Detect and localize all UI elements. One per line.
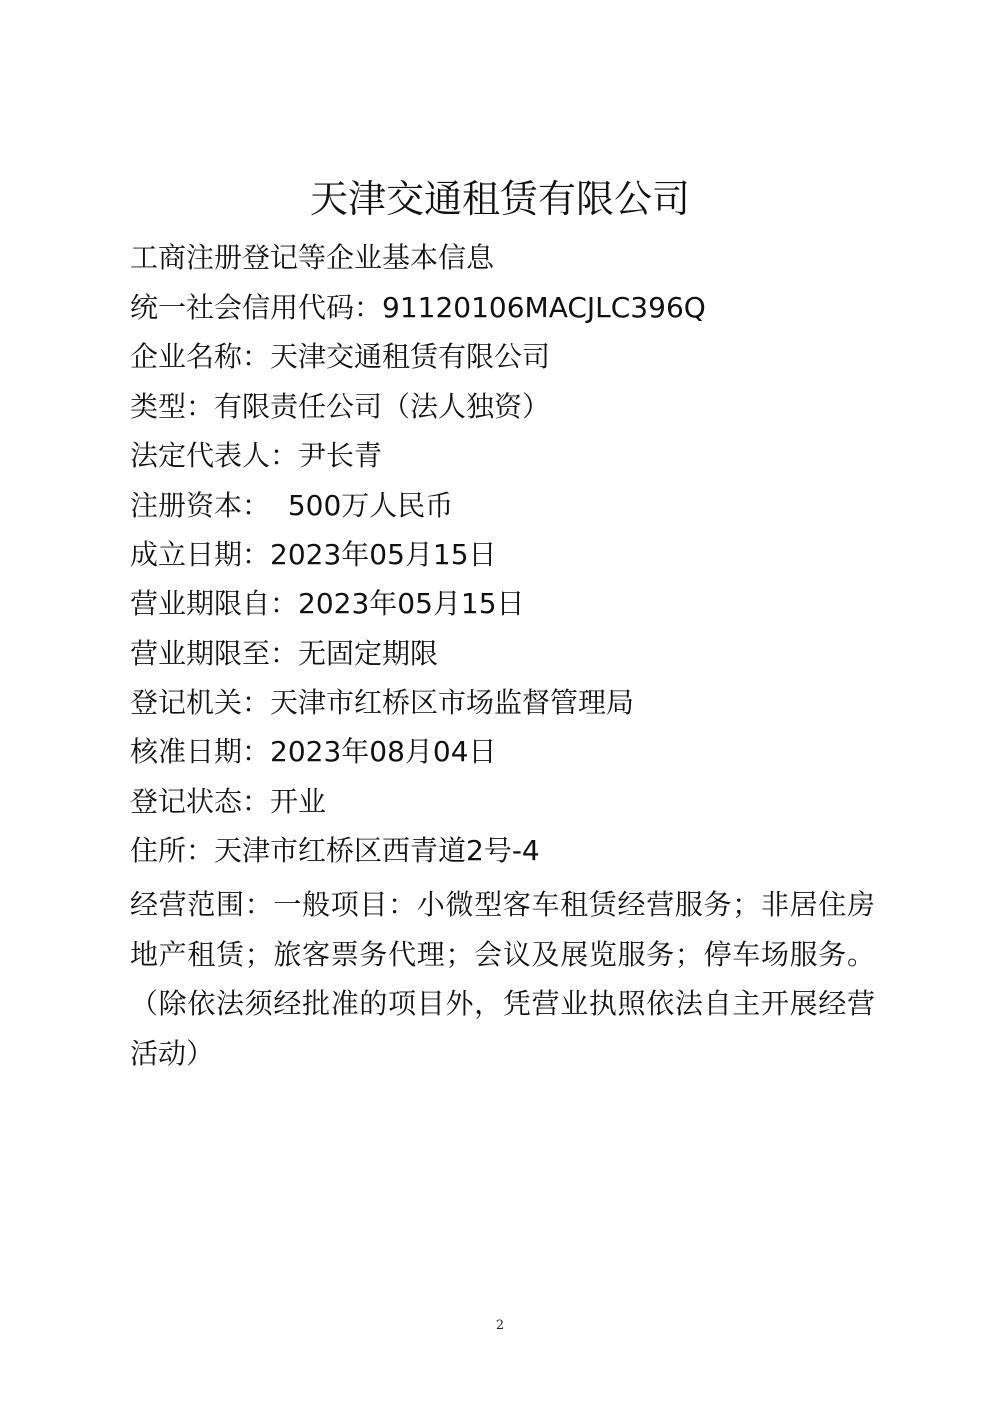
field-label: 企业名称： <box>130 340 270 373</box>
field-term-from: 营业期限自：2023年05月15日 <box>130 584 525 624</box>
field-value: 500万人民币 <box>270 489 453 522</box>
section-heading: 工商注册登记等企业基本信息 <box>130 238 494 278</box>
field-label: 成立日期： <box>130 538 270 571</box>
field-label: 经营范围： <box>130 888 273 921</box>
field-label: 统一社会信用代码： <box>130 291 382 324</box>
field-label: 类型： <box>130 390 214 423</box>
field-label: 住所： <box>130 834 214 867</box>
field-value: 天津市红桥区市场监督管理局 <box>270 686 634 719</box>
field-registration-authority: 登记机关：天津市红桥区市场监督管理局 <box>130 683 634 723</box>
field-value: 2023年05月15日 <box>298 587 525 620</box>
field-address: 住所：天津市红桥区西青道2号-4 <box>130 831 540 871</box>
field-registered-capital: 注册资本： 500万人民币 <box>130 486 453 526</box>
page-number: 2 <box>0 1318 1000 1333</box>
field-value: 2023年08月04日 <box>270 735 497 768</box>
field-value: 开业 <box>270 785 326 818</box>
field-term-to: 营业期限至：无固定期限 <box>130 634 438 674</box>
field-credit-code: 统一社会信用代码：91120106MACJLC396Q <box>130 288 706 328</box>
field-value: 天津交通租赁有限公司 <box>270 340 550 373</box>
field-legal-representative: 法定代表人：尹长青 <box>130 436 382 476</box>
field-value: 无固定期限 <box>298 637 438 670</box>
field-value: 有限责任公司（法人独资） <box>214 390 550 423</box>
field-value: 91120106MACJLC396Q <box>382 291 706 324</box>
field-label: 法定代表人： <box>130 439 298 472</box>
field-approval-date: 核准日期：2023年08月04日 <box>130 732 497 772</box>
field-type: 类型：有限责任公司（法人独资） <box>130 387 550 427</box>
field-company-name: 企业名称：天津交通租赁有限公司 <box>130 337 550 377</box>
field-label: 营业期限自： <box>130 587 298 620</box>
field-label: 登记状态： <box>130 785 270 818</box>
field-business-scope: 经营范围：一般项目：小微型客车租赁经营服务；非居住房地产租赁；旅客票务代理；会议… <box>130 880 875 1078</box>
field-registration-status: 登记状态：开业 <box>130 782 326 822</box>
field-value: 2023年05月15日 <box>270 538 497 571</box>
field-label: 注册资本： <box>130 489 270 522</box>
field-value: 尹长青 <box>298 439 382 472</box>
field-label: 登记机关： <box>130 686 270 719</box>
field-value: 天津市红桥区西青道2号-4 <box>214 834 540 867</box>
field-label: 核准日期： <box>130 735 270 768</box>
company-title: 天津交通租赁有限公司 <box>0 172 1000 226</box>
field-label: 营业期限至： <box>130 637 298 670</box>
field-established-date: 成立日期：2023年05月15日 <box>130 535 497 575</box>
